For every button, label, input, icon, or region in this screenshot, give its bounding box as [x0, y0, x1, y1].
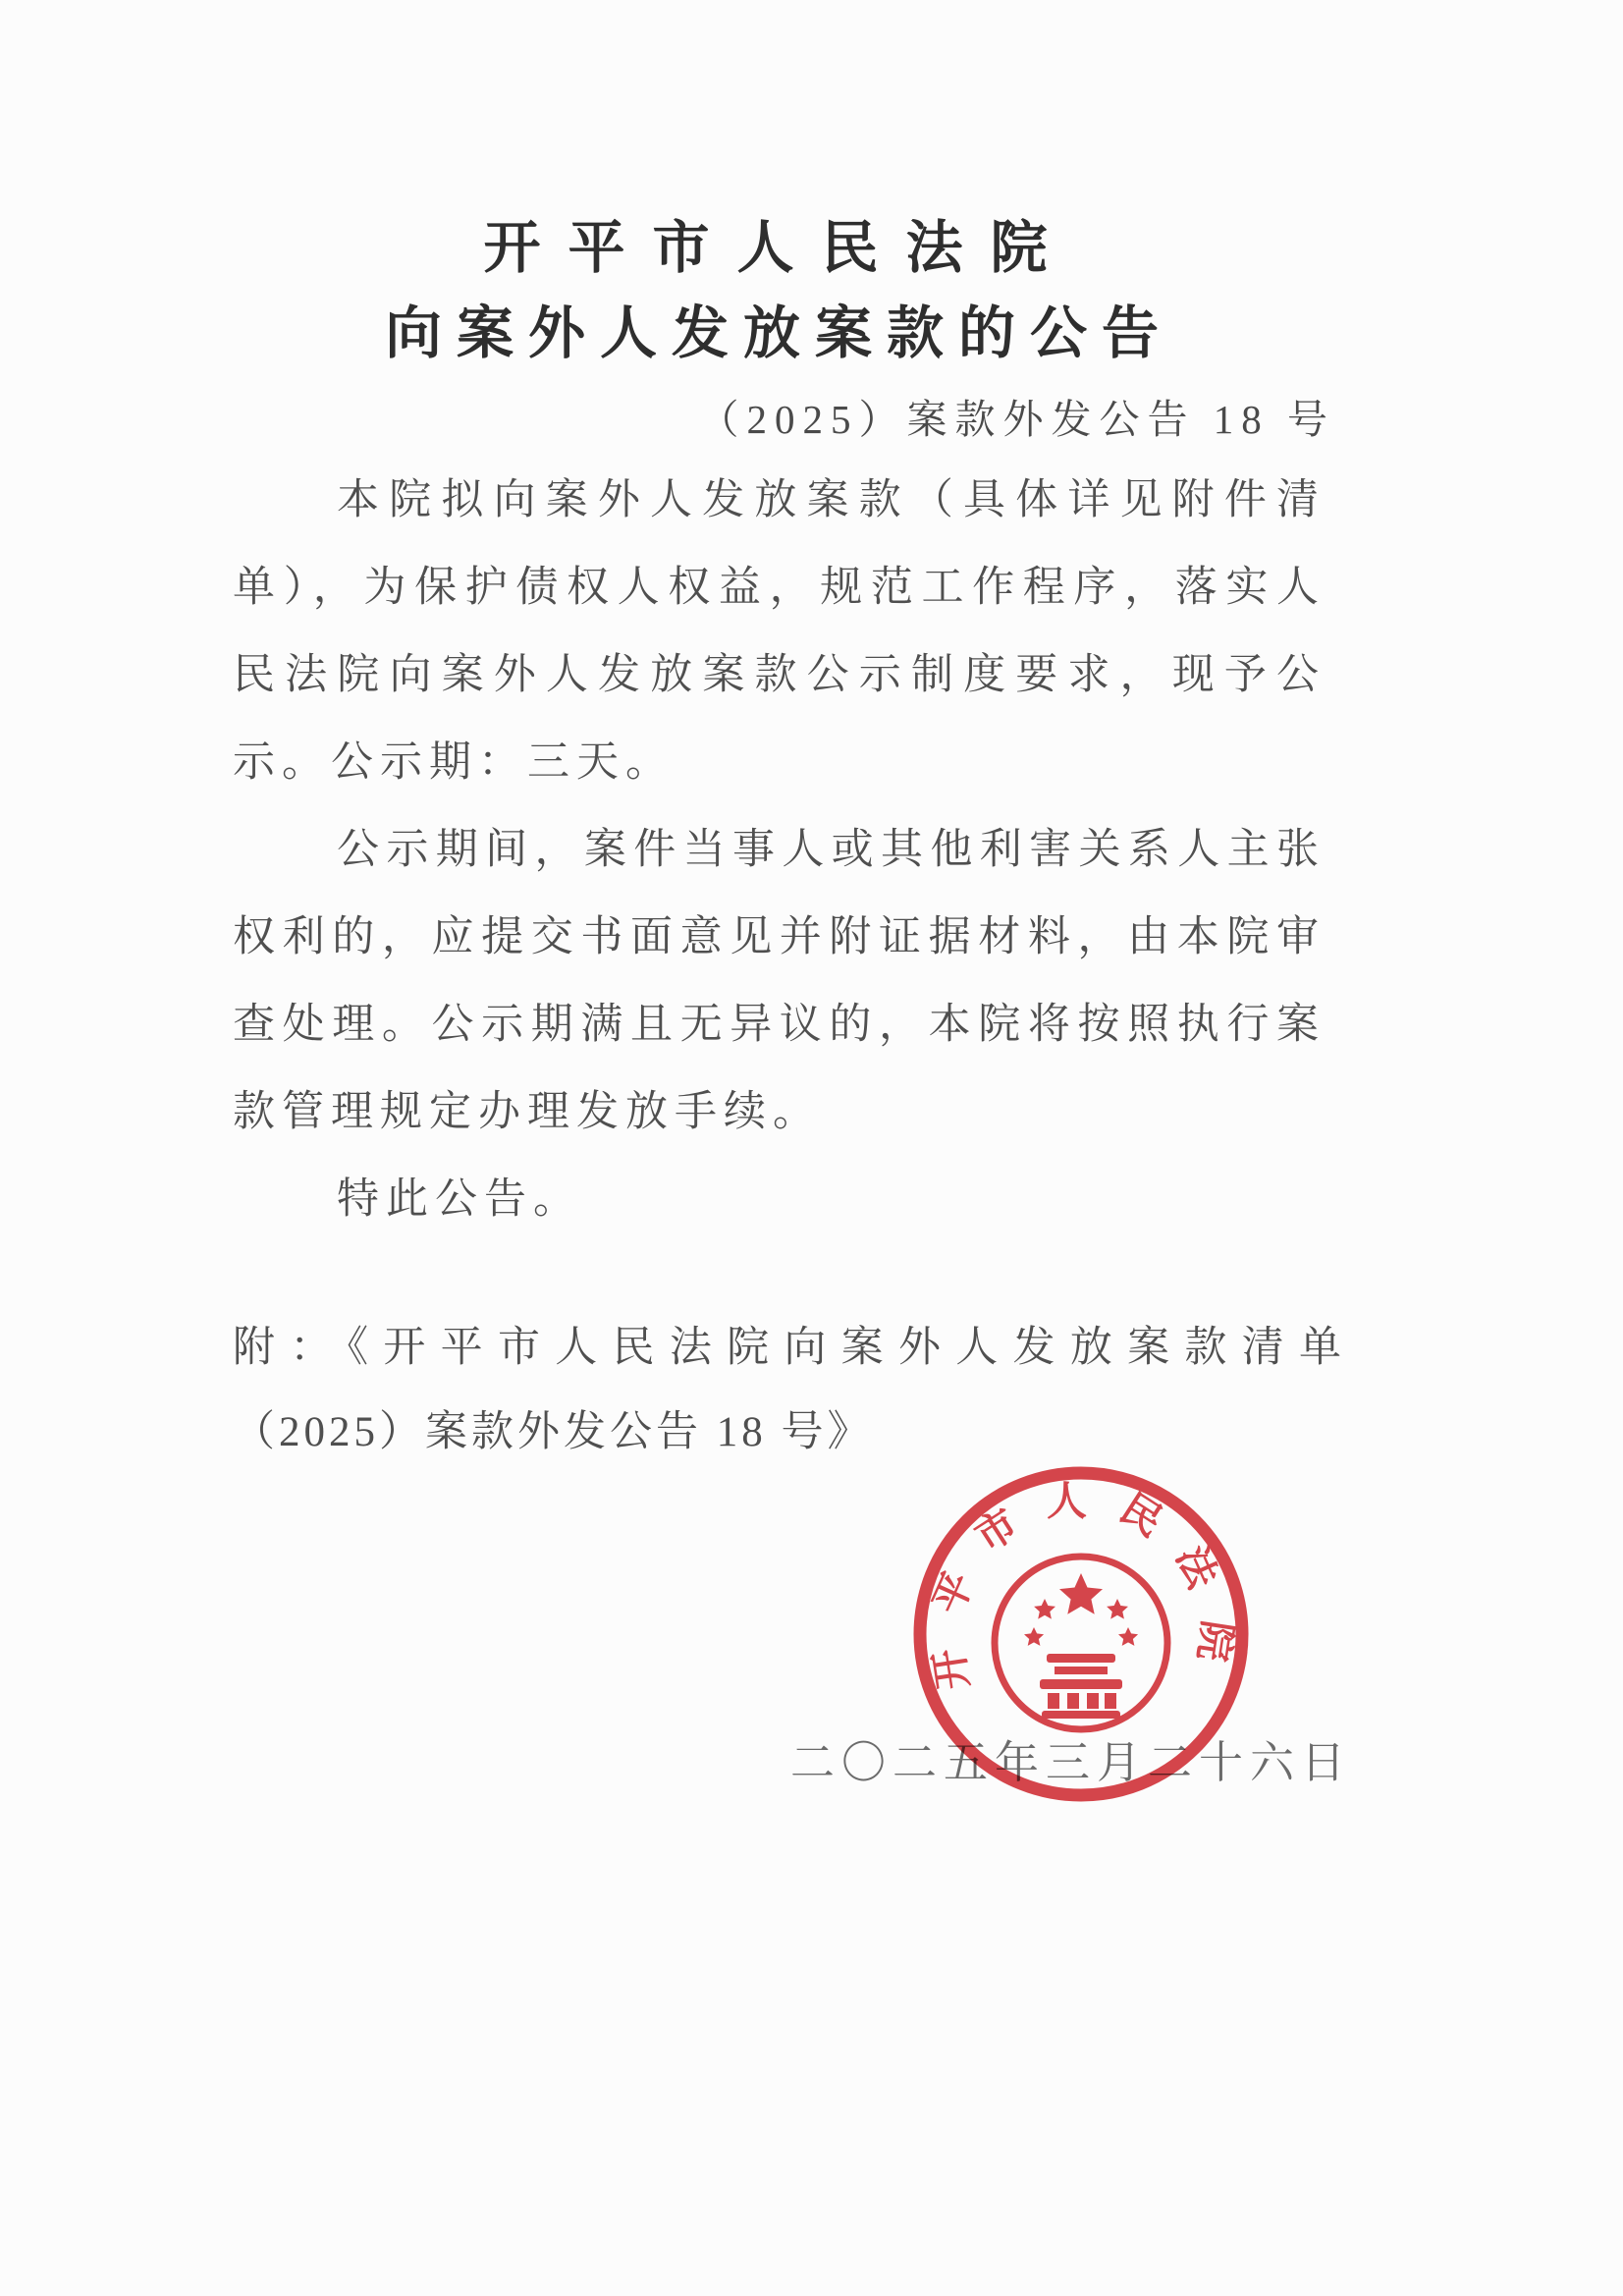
body-line: 民法院向案外人发放案款公示制度要求，现予公 — [233, 631, 1325, 719]
body-line: 款管理规定办理发放手续。 — [233, 1068, 1325, 1156]
scanned-court-announcement-page: 开平市人民法院 向案外人发放案款的公告 （2025）案款外发公告 18 号 本院… — [0, 0, 1623, 2296]
seal-arc-text: 开平市人民法院 — [922, 1479, 1241, 1693]
national-emblem-icon — [995, 1557, 1167, 1729]
announcement-title: 向案外人发放案款的公告 — [233, 287, 1325, 369]
closing-line: 特此公告。 — [233, 1156, 1325, 1243]
body-line: 查处理。公示期满且无异议的，本院将按照执行案 — [233, 981, 1325, 1068]
body-line: 本院拟向案外人发放案款（具体详见附件清 — [233, 457, 1325, 544]
body-line: 示。公示期：三天。 — [233, 719, 1325, 806]
announcement-body: 本院拟向案外人发放案款（具体详见附件清 单），为保护债权人权益，规范工作程序，落… — [233, 457, 1325, 1243]
issue-date: 二〇二五年三月二十六日 — [233, 1726, 1352, 1790]
court-name-title: 开平市人民法院 — [233, 201, 1325, 284]
body-line: 公示期间，案件当事人或其他利害关系人主张 — [233, 806, 1325, 894]
attachment-line: 附：《开平市人民法院向案外人发放案款清单 — [233, 1306, 1355, 1391]
attachment-reference: 附：《开平市人民法院向案外人发放案款清单 （2025）案款外发公告 18 号》 — [233, 1306, 1355, 1475]
document-number: （2025）案款外发公告 18 号 — [233, 387, 1335, 445]
attachment-line: （2025）案款外发公告 18 号》 — [233, 1391, 1355, 1475]
body-line: 单），为保护债权人权益，规范工作程序，落实人 — [233, 544, 1325, 631]
body-line: 权利的，应提交书面意见并附证据材料，由本院审 — [233, 894, 1325, 981]
